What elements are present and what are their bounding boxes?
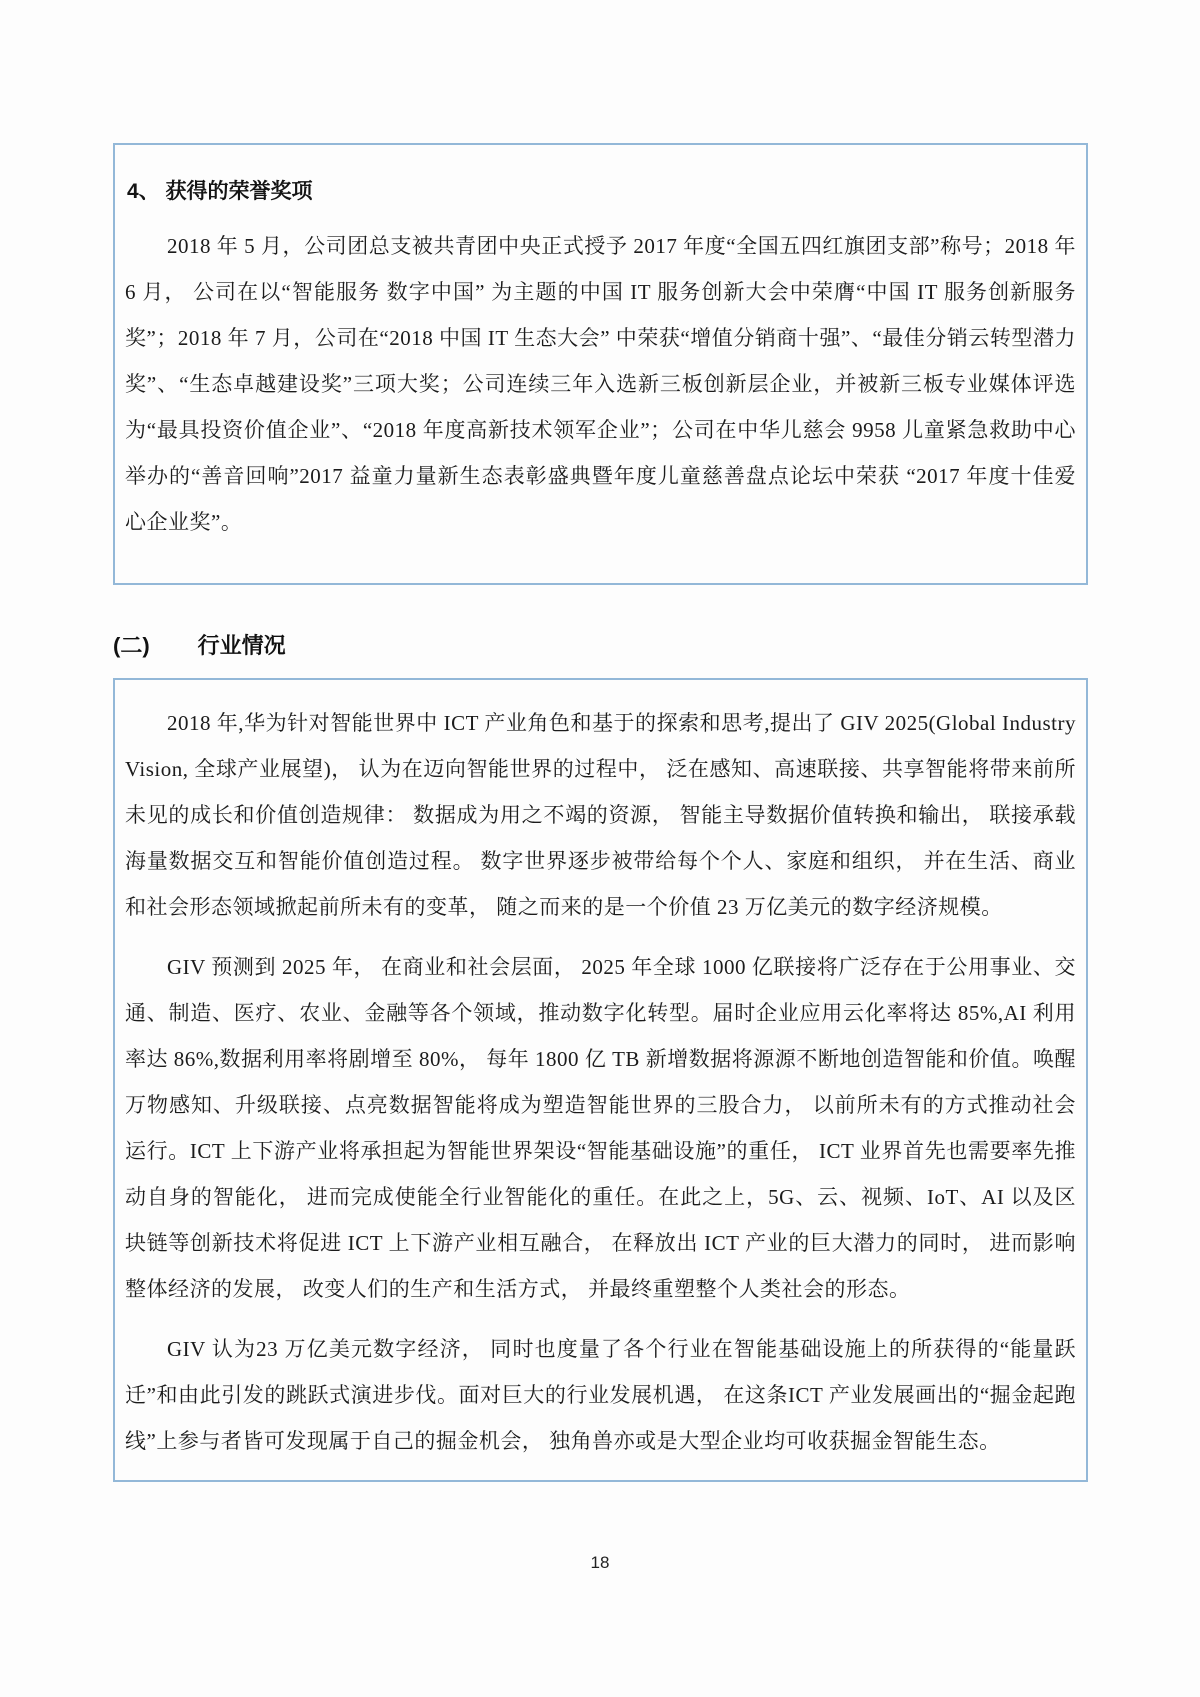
industry-paragraph-2: GIV 预测到 2025 年， 在商业和社会层面， 2025 年全球 1000 …	[125, 944, 1076, 1312]
honors-box: 4、 获得的荣誉奖项 2018 年 5 月，公司团总支被共青团中央正式授予 20…	[113, 143, 1088, 585]
document-page: 4、 获得的荣誉奖项 2018 年 5 月，公司团总支被共青团中央正式授予 20…	[0, 0, 1200, 1697]
honors-paragraph: 2018 年 5 月，公司团总支被共青团中央正式授予 2017 年度“全国五四红…	[125, 223, 1076, 545]
honors-heading: 4、 获得的荣誉奖项	[127, 177, 1076, 207]
industry-section-heading: (二) 行业情况	[113, 630, 286, 662]
section-heading-title: 行业情况	[198, 630, 286, 662]
industry-box: 2018 年,华为针对智能世界中 ICT 产业角色和基于的探索和思考,提出了 G…	[113, 678, 1088, 1482]
industry-paragraph-1: 2018 年,华为针对智能世界中 ICT 产业角色和基于的探索和思考,提出了 G…	[125, 700, 1076, 930]
industry-paragraph-3: GIV 认为23 万亿美元数字经济， 同时也度量了各个行业在智能基础设施上的所获…	[125, 1326, 1076, 1464]
section-heading-number: (二)	[113, 630, 150, 662]
page-number: 18	[0, 1553, 1200, 1573]
